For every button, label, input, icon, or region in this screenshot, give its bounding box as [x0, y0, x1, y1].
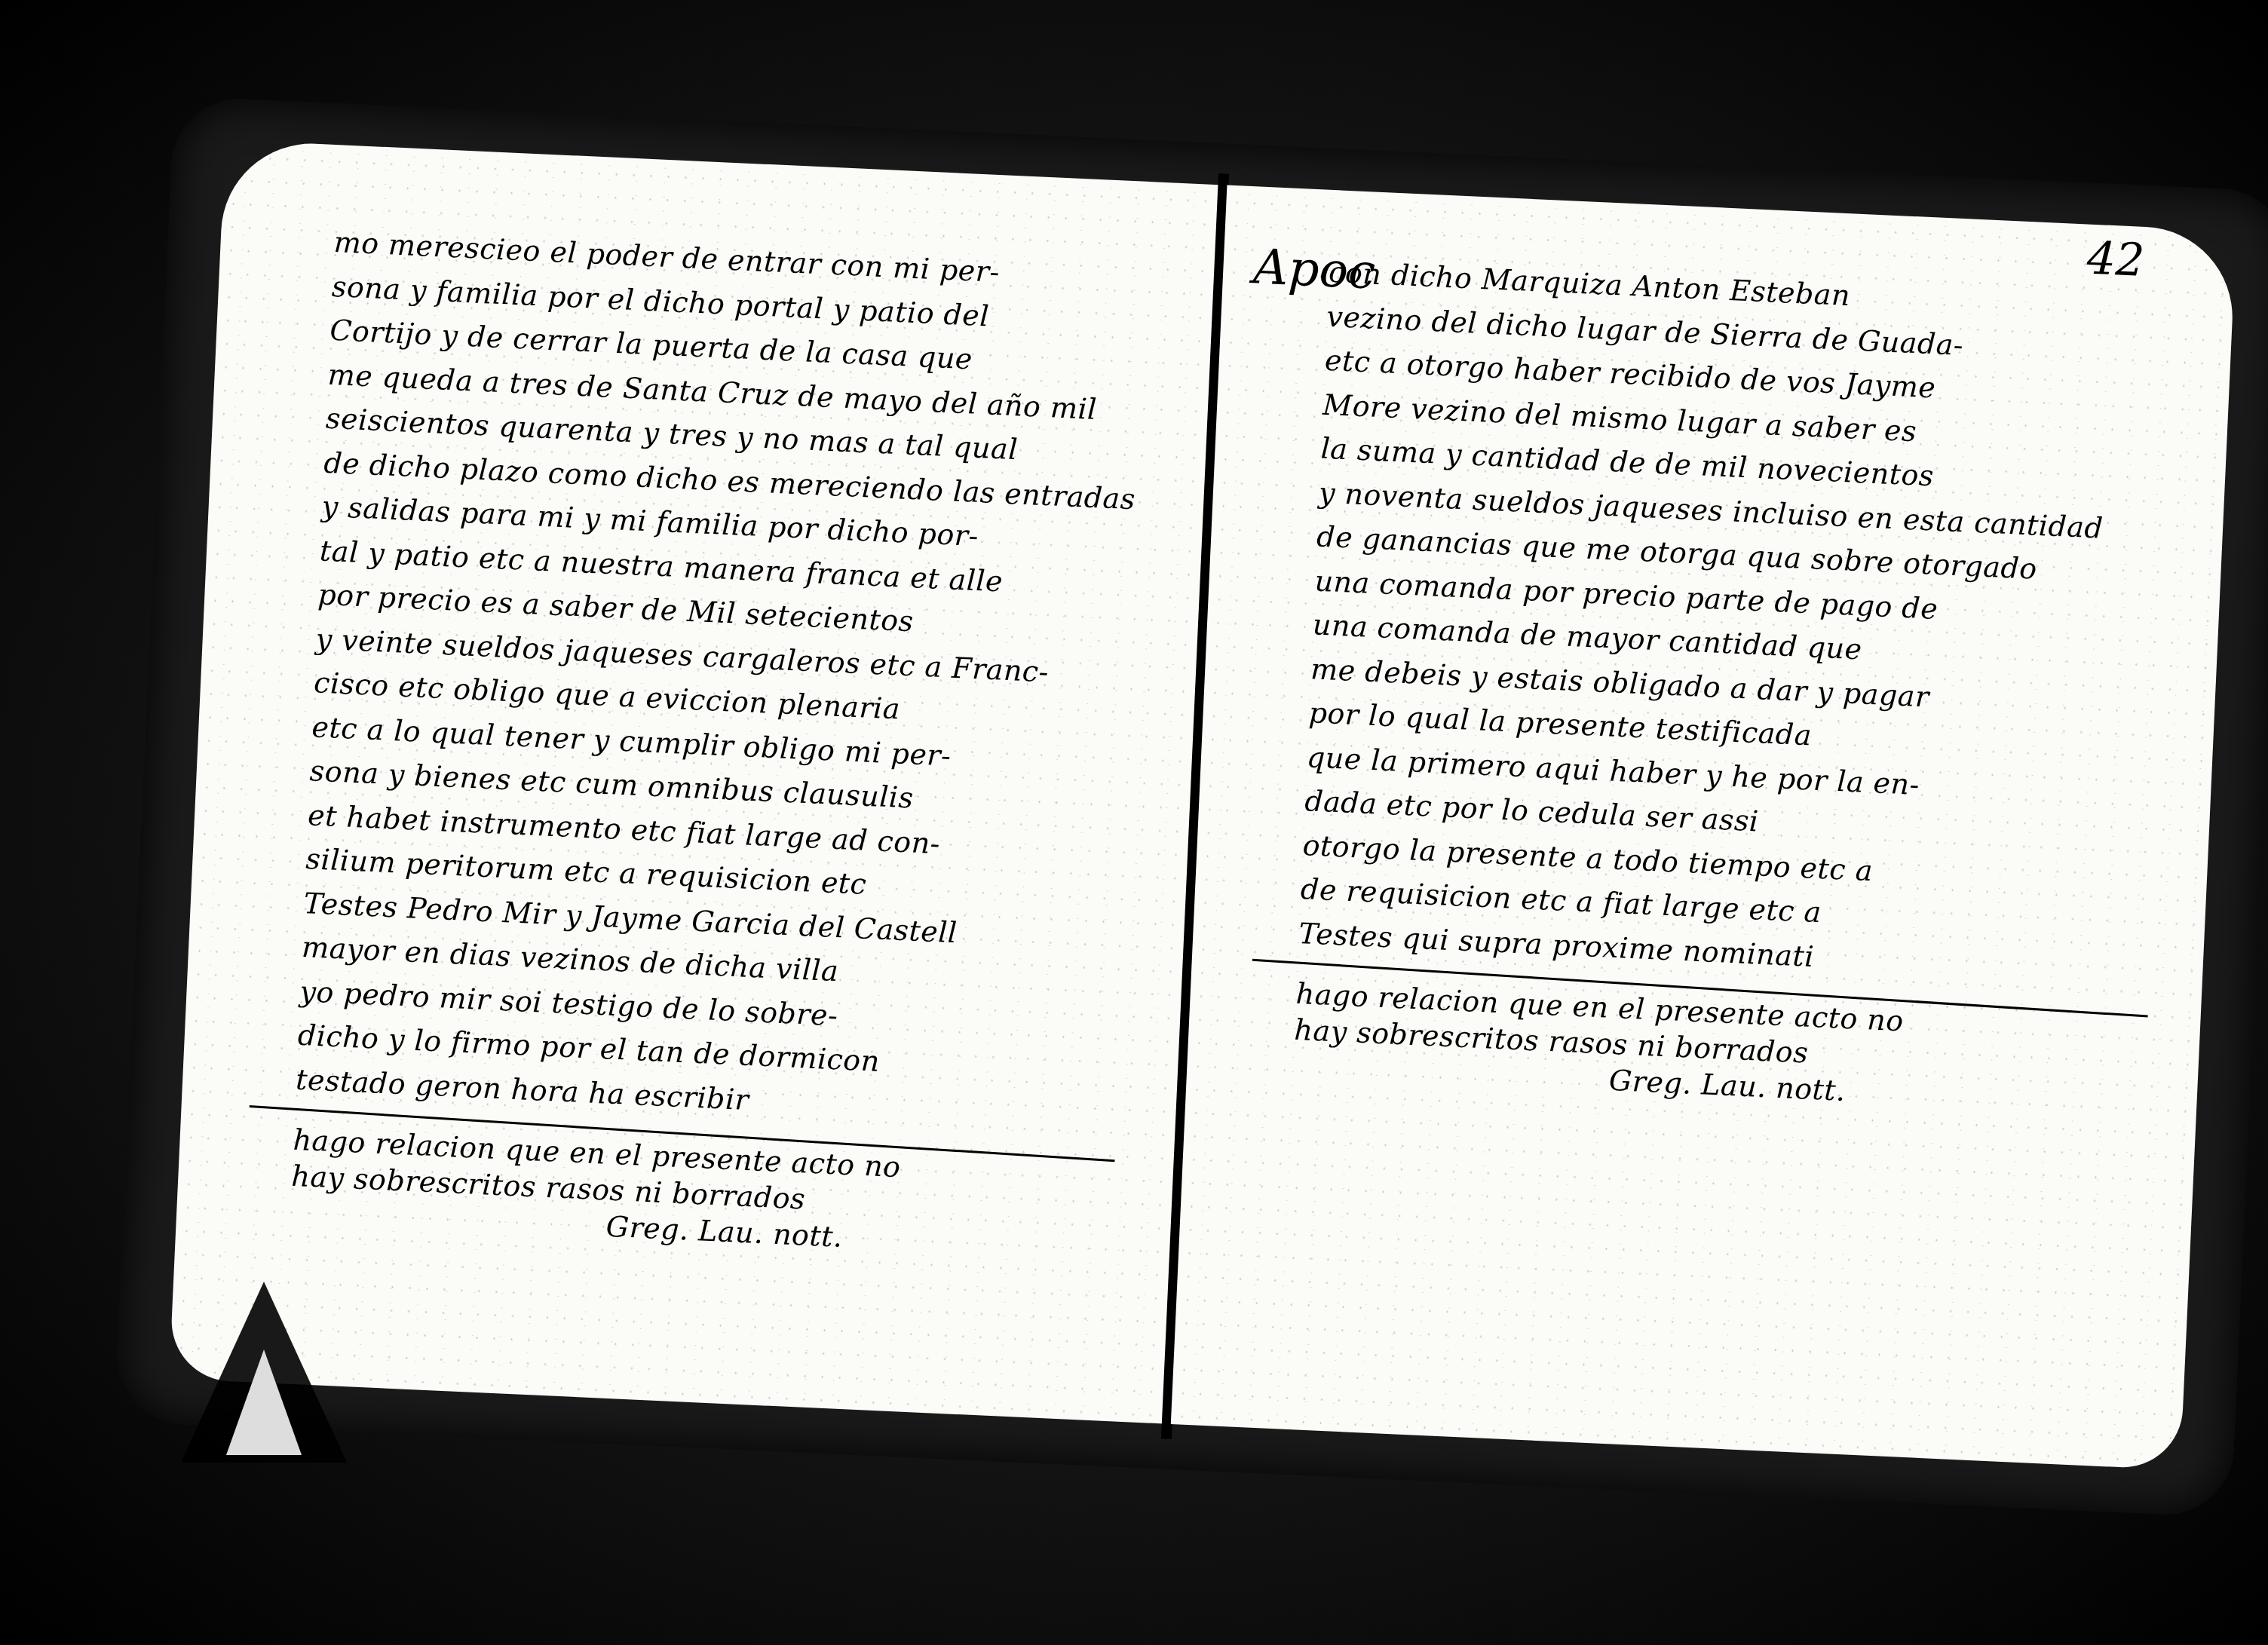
- right-page: 42 Apoc con dicho Marquiza Anton Esteban…: [1171, 185, 2236, 1470]
- right-page-text: con dicho Marquiza Anton Esteban vezino …: [1292, 250, 2150, 1121]
- open-book: mo merescieo el poder de entrar con mi p…: [115, 96, 2268, 1518]
- left-page: mo merescieo el poder de entrar con mi p…: [169, 139, 1219, 1423]
- closing-note: hago relacion que en el presente acto no…: [1292, 976, 2117, 1121]
- closing-note: hago relacion que en el presente acto no…: [289, 1122, 1084, 1266]
- left-page-text: mo merescieo el poder de entrar con mi p…: [289, 220, 1126, 1266]
- page-number: 42: [2086, 231, 2145, 286]
